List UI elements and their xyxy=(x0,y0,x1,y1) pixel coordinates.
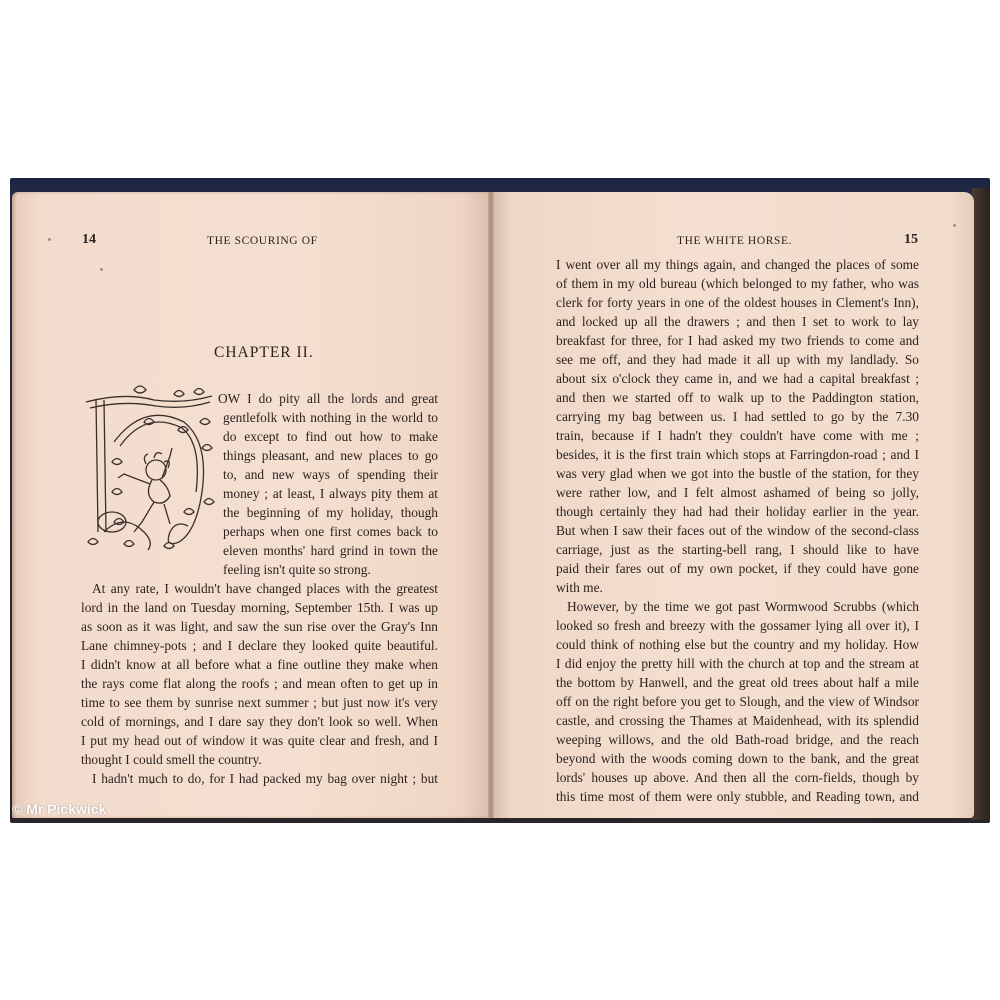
page-number-right: 15 xyxy=(904,232,918,248)
text-line: the beginning of my holiday, though xyxy=(223,505,438,521)
text-line: do except to find out how to make xyxy=(223,429,438,445)
text-line: castle, and crossing the Thames at Maide… xyxy=(556,713,919,729)
text-line: the bottom by Hanwell, and the great old… xyxy=(556,675,919,691)
text-line: I put my head out of window it was quite… xyxy=(81,733,438,749)
text-line: carrying my bag between us. I had settle… xyxy=(556,409,919,425)
text-line: feeling isn't quite so strong. xyxy=(223,562,438,578)
text-line: looked so fresh and breezy with the goss… xyxy=(556,618,919,634)
text-line: thought I could smell the country. xyxy=(81,752,438,768)
book-cover-edge xyxy=(972,188,990,820)
text-line: paid their fares out of my own pocket, i… xyxy=(556,561,919,577)
chapter-title: CHAPTER II. xyxy=(214,344,314,362)
text-line: things pleasant, and new places to go xyxy=(223,448,438,464)
text-line: I did enjoy the pretty hill with the chu… xyxy=(556,656,919,672)
text-line: train, because if I hadn't they couldn't… xyxy=(556,428,919,444)
text-line: to, and new ways of spending their xyxy=(223,467,438,483)
book-gutter xyxy=(488,192,494,818)
text-line: carriage, just as the starting-bell rang… xyxy=(556,542,919,558)
text-line: clerk for forty years in one of the olde… xyxy=(556,295,919,311)
text-line: the rays come flat along the roofs ; and… xyxy=(81,676,438,692)
text-line: time to see them by sunrise next summer … xyxy=(81,695,438,711)
text-line: as soon as it was light, and saw the sun… xyxy=(81,619,438,635)
text-line: gentlefolk with nothing in the world to xyxy=(223,410,438,426)
text-line: perhaps when one first comes back to xyxy=(223,524,438,540)
text-line: were rather low, and I felt almost asham… xyxy=(556,485,919,501)
illuminated-initial-sprite-icon xyxy=(84,382,218,556)
text-line: lord in the land on Tuesday morning, Sep… xyxy=(81,600,438,616)
paper-speck xyxy=(48,238,51,241)
text-line: money ; at least, I always pity them at xyxy=(223,486,438,502)
text-line: breakfast for three, for I had asked my … xyxy=(556,333,919,349)
text-line: eleven months' hard grind in town the xyxy=(223,543,438,559)
text-line: this time most of them were only stubble… xyxy=(556,789,919,805)
page-number-left: 14 xyxy=(82,232,96,248)
text-line: I went over all my things again, and cha… xyxy=(556,257,919,273)
text-line: OW I do pity all the lords and great xyxy=(218,391,438,407)
text-line: and locked up all the drawers ; and then… xyxy=(556,314,919,330)
text-line: lords' houses up above. And then all the… xyxy=(556,770,919,786)
text-line: beyond with the woods coming down to the… xyxy=(556,751,919,767)
text-line: At any rate, I wouldn't have changed pla… xyxy=(92,581,438,597)
text-line: besides, it is the first train which sto… xyxy=(556,447,919,463)
text-line: could think of nothing else but the coun… xyxy=(556,637,919,653)
text-line: However, by the time we got past Wormwoo… xyxy=(567,599,919,615)
running-head-right: THE WHITE HORSE. xyxy=(677,235,792,247)
text-line: about six o'clock they came in, and we h… xyxy=(556,371,919,387)
paper-speck xyxy=(100,268,103,271)
text-line: I hadn't much to do, for I had packed my… xyxy=(92,771,438,787)
text-line: cold of mornings, and I dare say they do… xyxy=(81,714,438,730)
text-line: see me off, and they had made it all up … xyxy=(556,352,919,368)
text-line: Lane chimney-pots ; and I declare they l… xyxy=(81,638,438,654)
text-line: with me. xyxy=(556,580,919,596)
text-line: weeping willows, and the old Bath-road b… xyxy=(556,732,919,748)
text-line: and then we started off to walk up to th… xyxy=(556,390,919,406)
text-line: was very glad when we got into the bustl… xyxy=(556,466,919,482)
text-line: But when I saw their faces out of the wi… xyxy=(556,523,919,539)
text-line: off on the right before you get to Sloug… xyxy=(556,694,919,710)
text-line: of them in my old bureau (which belonged… xyxy=(556,276,919,292)
text-line: I didn't know at all before what a fine … xyxy=(81,657,438,673)
text-line: though certainly they had had their holi… xyxy=(556,504,919,520)
copyright-watermark: © Mr Pickwick xyxy=(12,801,106,817)
paper-speck xyxy=(953,224,956,227)
running-head-left: THE SCOURING OF xyxy=(207,235,318,247)
